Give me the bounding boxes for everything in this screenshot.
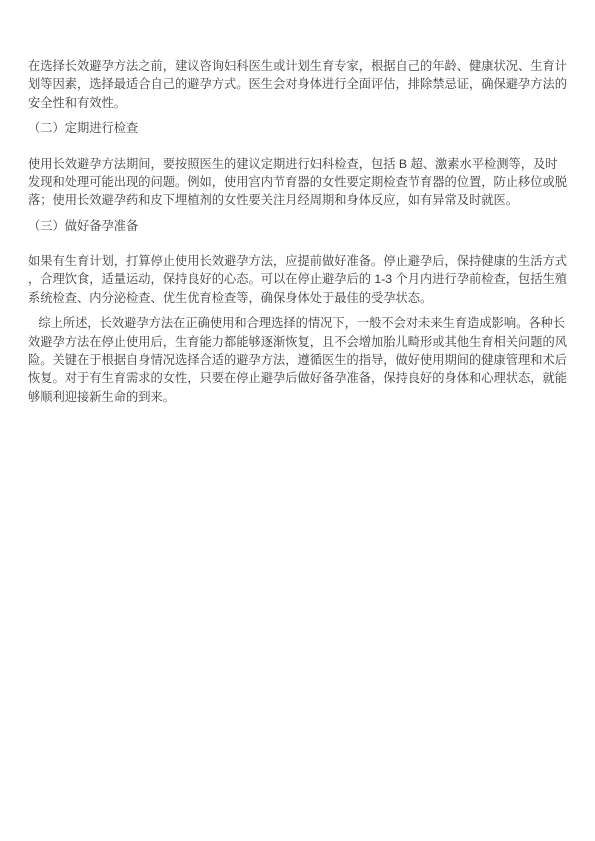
document-page: 在选择长效避孕方法之前，建议咨询妇科医生或计划生育专家，根据自己的年龄、健康状况… — [0, 0, 595, 841]
section-heading-regular-checkups: （二）定期进行检查 — [28, 119, 567, 137]
pregnancy-preparation-paragraph: 如果有生育计划，打算停止使用长效避孕方法，应提前做好准备。停止避孕后，保持健康的… — [28, 252, 567, 307]
regular-checkups-paragraph: 使用长效避孕方法期间，要按照医生的建议定期进行妇科检查，包括 B 超、激素水平检… — [28, 155, 567, 210]
intro-paragraph: 在选择长效避孕方法之前，建议咨询妇科医生或计划生育专家，根据自己的年龄、健康状况… — [28, 57, 567, 112]
conclusion-paragraph: 综上所述，长效避孕方法在正确使用和合理选择的情况下，一般不会对未来生育造成影响。… — [28, 314, 567, 406]
section-heading-pregnancy-preparation: （三）做好备孕准备 — [28, 217, 567, 235]
